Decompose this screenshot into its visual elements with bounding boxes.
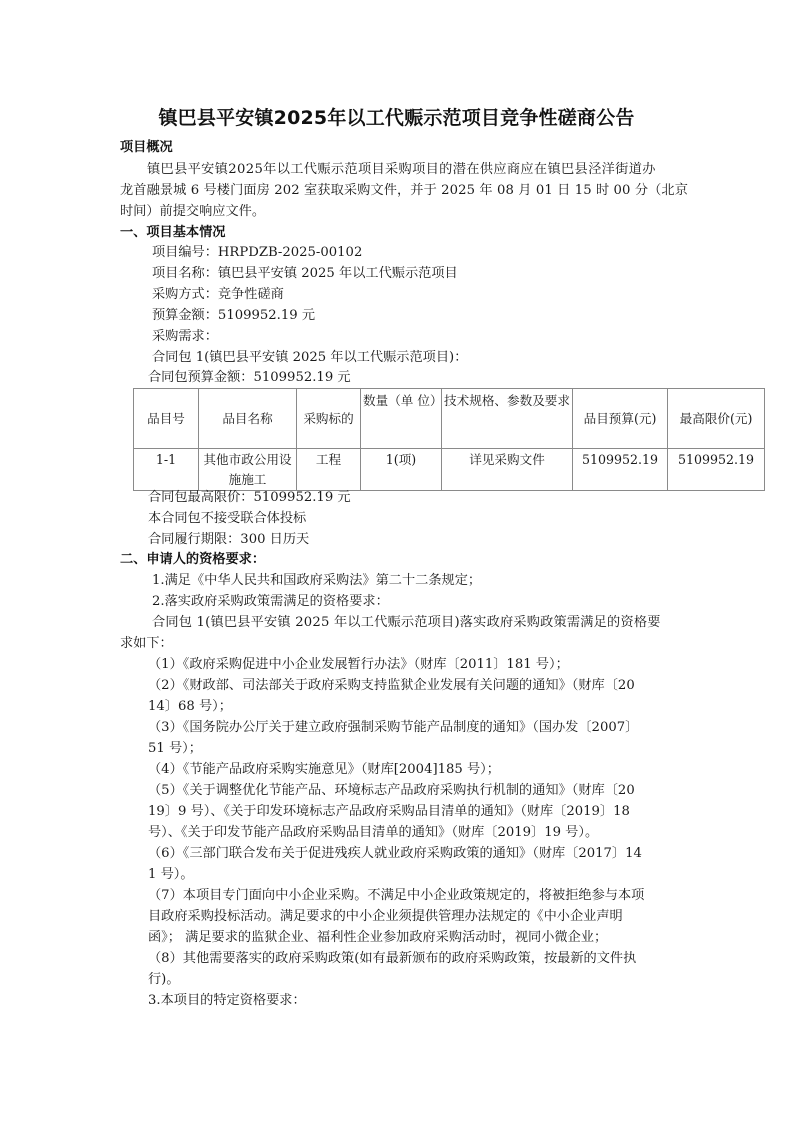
section1-heading: 一、项目基本情况 — [120, 223, 226, 243]
specific-requirements: 3.本项目的特定资格要求： — [148, 991, 306, 1011]
policy-item: （4）《节能产品政府采购实施意见》（财库[2004]185 号）； — [148, 760, 500, 780]
overview-line: 时间）前提交响应文件。 — [120, 202, 265, 222]
contract-period: 合同履行期限：300 日历天 — [148, 530, 309, 550]
table-cell: 工程 — [297, 449, 361, 491]
policy-item: （8）其他需要落实的政府采购政策(如有最新颁布的政府采购政策，按最新的文件执 — [148, 949, 636, 969]
overview-heading: 项目概况 — [120, 138, 173, 158]
policy-item: 51 号）； — [148, 739, 202, 759]
document-title: 镇巴县平安镇2025年以工代赈示范项目竞争性磋商公告 — [0, 103, 793, 130]
policy-item: 行)。 — [148, 970, 180, 990]
policy-item: 目政府采购投标活动。满足要求的中小企业须提供管理办法规定的《中小企业声明 — [148, 907, 623, 927]
header-cell: 数量（单 位） — [361, 389, 442, 449]
table-cell: 其他市政公用设施施工 — [199, 449, 297, 491]
requirement-line: 1.满足《中华人民共和国政府采购法》第二十二条规定； — [152, 571, 481, 591]
header-cell: 品目预算(元) — [573, 389, 668, 449]
overview-line: 镇巴县平安镇2025年以工代赈示范项目采购项目的潜在供应商应在镇巴县泾洋街道办 — [147, 160, 656, 180]
policy-item: 函》； 满足要求的监狱企业、福利性企业参加政府采购活动时，视同小微企业； — [148, 928, 607, 948]
table-cell: 1(项) — [361, 449, 442, 491]
policy-item: 号）、《关于印发节能产品政府采购品目清单的通知》（财库〔2019〕19 号）。 — [148, 823, 598, 843]
policy-item: （6）《三部门联合发布关于促进残疾人就业政府采购政策的通知》（财库〔2017〕1… — [148, 844, 642, 864]
policy-item: 19〕9 号）、《关于印发环境标志产品政府采购品目清单的通知》（财库〔2019〕… — [148, 802, 630, 822]
policy-item: （2）《财政部、司法部关于政府采购支持监狱企业发展有关问题的通知》（财库〔20 — [148, 676, 635, 696]
policy-item: （3）《国务院办公厅关于建立政府强制采购节能产品制度的通知》（国办发〔2007〕 — [148, 718, 638, 738]
overview-line: 龙首融景城 6 号楼门面房 202 室获取采购文件，并于 2025 年 08 月… — [120, 181, 688, 201]
table-cell: 5109952.19 — [668, 449, 765, 491]
contract-package: 合同包 1(镇巴县平安镇 2025 年以工代赈示范项目)： — [152, 348, 467, 368]
table-cell: 5109952.19 — [573, 449, 668, 491]
policy-item: 14〕68 号）； — [148, 697, 232, 717]
table-header-row: 品目号 品目名称 采购标的 数量（单 位） 技术规格、参数及要求 品目预算(元)… — [134, 389, 765, 449]
package-max-price: 合同包最高限价：5109952.19 元 — [148, 488, 351, 508]
budget-amount: 预算金额：5109952.19 元 — [152, 306, 315, 326]
header-cell: 技术规格、参数及要求 — [442, 389, 573, 449]
section2-heading: 二、申请人的资格要求： — [120, 550, 265, 570]
policy-item: （7）本项目专门面向中小企业采购。不满足中小企业政策规定的，将被拒绝参与本项 — [148, 886, 644, 906]
header-cell: 采购标的 — [297, 389, 361, 449]
header-cell: 品目名称 — [199, 389, 297, 449]
table-cell: 1-1 — [134, 449, 199, 491]
requirement-line: 2.落实政府采购政策需满足的资格要求： — [152, 592, 389, 612]
procurement-method: 采购方式：竞争性磋商 — [152, 285, 284, 305]
table-row: 1-1 其他市政公用设施施工 工程 1(项) 详见采购文件 5109952.19… — [134, 449, 765, 491]
no-consortium-note: 本合同包不接受联合体投标 — [148, 509, 306, 529]
package-budget: 合同包预算金额：5109952.19 元 — [148, 368, 351, 388]
procurement-needs: 采购需求： — [152, 327, 218, 347]
policy-item: （1）《政府采购促进中小企业发展暂行办法》（财库〔2011〕181 号）； — [148, 655, 569, 675]
header-cell: 品目号 — [134, 389, 199, 449]
items-table: 品目号 品目名称 采购标的 数量（单 位） 技术规格、参数及要求 品目预算(元)… — [133, 388, 765, 491]
policy-item: （5）《关于调整优化节能产品、环境标志产品政府采购执行机制的通知》（财库〔20 — [148, 781, 635, 801]
project-name: 项目名称：镇巴县平安镇 2025 年以工代赈示范项目 — [152, 264, 458, 284]
requirement-line: 求如下： — [120, 634, 173, 654]
table-cell: 详见采购文件 — [442, 449, 573, 491]
header-cell: 最高限价(元) — [668, 389, 765, 449]
project-number: 项目编号：HRPDZB-2025-00102 — [152, 243, 362, 263]
requirement-line: 合同包 1(镇巴县平安镇 2025 年以工代赈示范项目)落实政府采购政策需满足的… — [152, 613, 661, 633]
policy-item: 1 号）。 — [148, 865, 194, 885]
